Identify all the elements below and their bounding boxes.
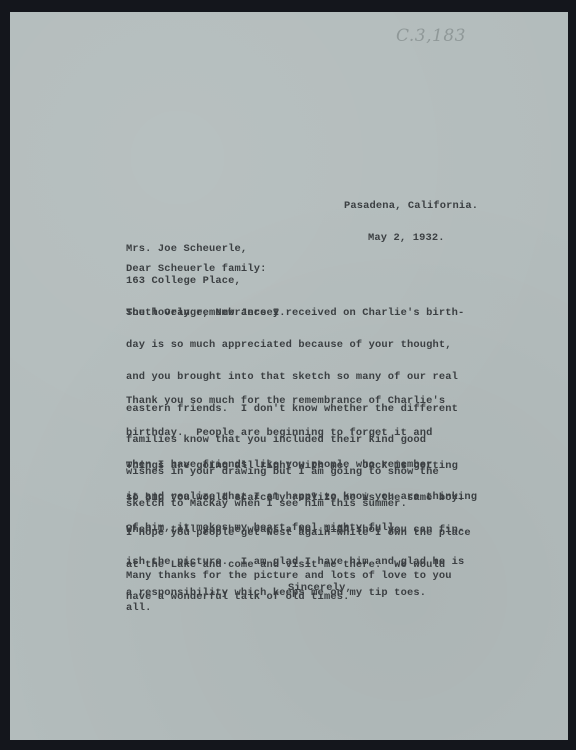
heading-date: May 2, 1932. [344, 233, 478, 244]
text-line: so big you would scarcely realize he is … [126, 493, 464, 504]
text-line: all. [126, 603, 452, 614]
text-line: Thank you so much for the remembrance of… [126, 396, 477, 407]
text-line: day is so much appreciated because of yo… [126, 340, 464, 351]
address-line: 163 College Place, [126, 276, 286, 287]
text-line: The lovely remembrance I received on Cha… [126, 308, 464, 319]
heading-place: Pasadena, California. [344, 201, 478, 212]
address-line: Mrs. Joe Scheuerle, [126, 244, 286, 255]
text-line: birthday. People are beginning to forget… [126, 428, 477, 439]
letter-heading: Pasadena, California. May 2, 1932. [344, 180, 478, 254]
salutation: Dear Scheuerle family: [126, 264, 266, 275]
text-line: Things are going all right with me. Jack… [126, 461, 464, 472]
text-line: I hope you people get West again while I… [126, 528, 471, 539]
text-line: Many thanks for the picture and lots of … [126, 571, 452, 582]
closing: Sincerely, [288, 583, 352, 594]
catalog-number: C.3,183 [396, 26, 466, 46]
